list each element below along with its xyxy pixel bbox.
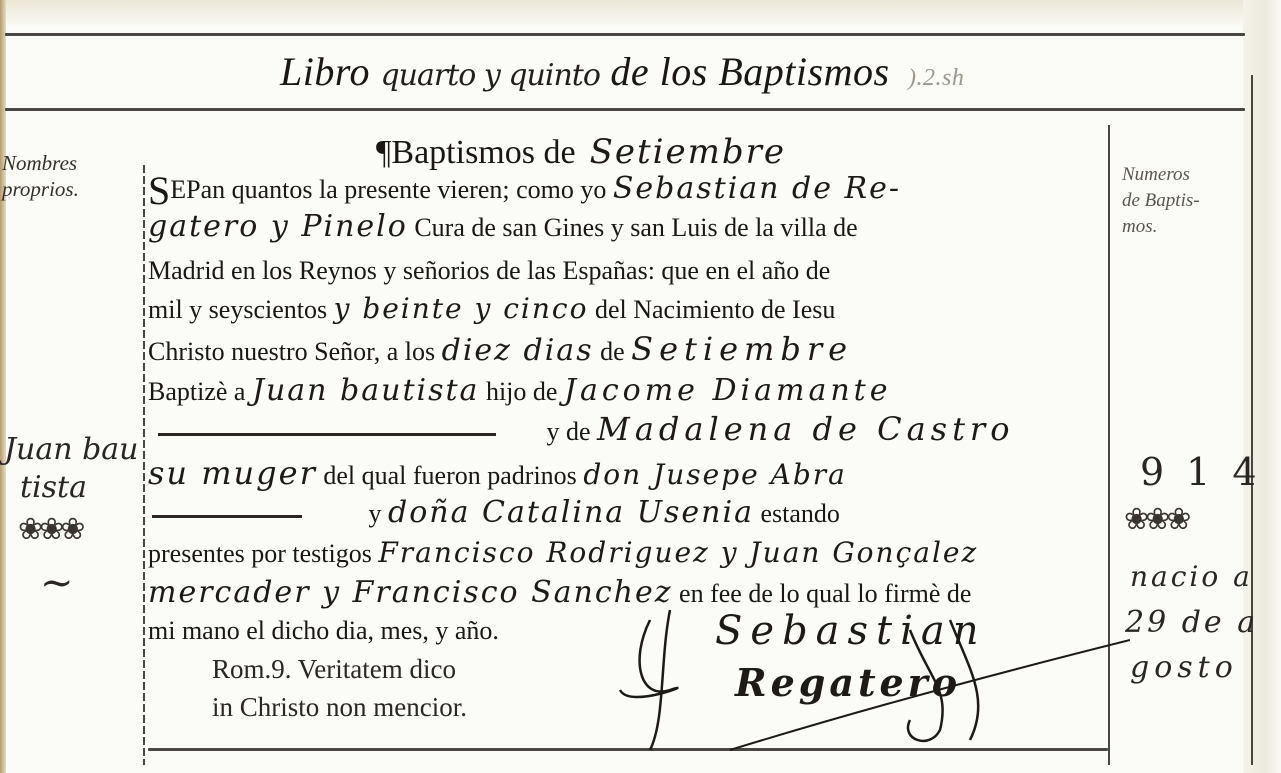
signature-flourish xyxy=(610,600,1130,760)
entry-line-3: Madrid en los Reynos y señorios de las E… xyxy=(148,254,830,288)
handwritten-text: Francisco Rodriguez y Juan Gonçalez xyxy=(378,536,978,569)
names-label-line1: Nombres xyxy=(2,150,127,176)
title-faint-mark: ).2.sh xyxy=(908,65,964,91)
printed-text: Cura de san Gines y san Luis de la villa… xyxy=(414,213,857,242)
numbers-label-line3: mos. xyxy=(1122,214,1242,240)
printed-text: del Nacimiento de Iesu xyxy=(595,295,835,324)
names-label-line2: proprios. xyxy=(2,176,127,202)
birth-note-line3: gosto xyxy=(1130,650,1238,685)
header-bottom-rule xyxy=(5,108,1245,111)
printed-text: Madrid en los Reynos y señorios de las E… xyxy=(148,256,830,285)
margin-mark: ~ xyxy=(40,560,74,606)
entry-line-10: presentes por testigos Francisco Rodrigu… xyxy=(148,536,978,571)
entry-line-6: Baptizè a Juan bautista hijo de Jacome D… xyxy=(148,374,891,409)
printed-text: Baptizè a xyxy=(148,377,245,406)
page-top-shadow xyxy=(0,0,1281,28)
page-right-edge xyxy=(1243,0,1281,773)
baptism-number: 914 xyxy=(1140,450,1279,494)
header-top-rule xyxy=(5,33,1245,36)
handwritten-text: doña Catalina Usenia xyxy=(388,495,754,530)
entry-line-9: y doña Catalina Usenia estando xyxy=(148,496,840,531)
right-page-border xyxy=(1251,75,1253,765)
handwritten-text: diez dias xyxy=(442,333,594,368)
handwritten-text: mercader y Francisco Sanchez xyxy=(148,575,673,610)
handwritten-text: gatero y Pinelo xyxy=(148,209,408,244)
blank-fill-line xyxy=(152,515,302,518)
entry-line-8: su muger del qual fueron padrinos don Ju… xyxy=(148,456,847,493)
handwritten-text: Sebastian de Re- xyxy=(613,171,901,206)
handwritten-text: Setiembre xyxy=(631,330,853,368)
page-binding-edge xyxy=(0,0,6,773)
margin-rosette-ornament: ❀❀❀ xyxy=(18,512,81,547)
title-printed-start: Libro xyxy=(280,49,370,94)
scripture-verse-line1: Rom.9. Veritatem dico xyxy=(212,652,456,686)
handwritten-text: Madalena de Castro xyxy=(597,410,1014,448)
drop-cap-s: S xyxy=(148,168,170,213)
book-title: Libro quarto y quinto de los Baptismos )… xyxy=(280,48,964,95)
printed-text: y de xyxy=(547,417,591,446)
printed-text: del qual fueron padrinos xyxy=(323,461,576,490)
left-margin-line xyxy=(143,165,145,765)
names-column-label: Nombres proprios. xyxy=(2,150,127,202)
entry-line-1: SEPan quantos la presente vieren; como y… xyxy=(148,172,901,207)
margin-child-name-line1: Juan bau xyxy=(4,432,139,467)
handwritten-text: don Jusepe Abra xyxy=(583,458,847,491)
printed-text: mil y seyscientos xyxy=(148,295,327,324)
handwritten-text: Jacome Diamante xyxy=(564,373,892,408)
entry-line-4: mil y seyscientos y beinte y cinco del N… xyxy=(148,292,835,327)
numbers-label-line1: Numeros xyxy=(1122,162,1242,188)
printed-text: EPan quantos la presente vieren; como yo xyxy=(170,175,606,204)
handwritten-text: su muger xyxy=(148,454,317,492)
printed-text: mi mano el dicho dia, mes, y año. xyxy=(148,616,499,645)
entry-line-5: Christo nuestro Señor, a los diez dias d… xyxy=(148,332,853,369)
heading-month-handwritten: Setiembre xyxy=(590,132,786,172)
printed-text: y xyxy=(369,499,382,528)
printed-text: estando xyxy=(760,499,839,528)
number-rosette-ornament: ❀❀❀ xyxy=(1124,502,1187,537)
handwritten-text: Juan bautista xyxy=(252,373,480,408)
birth-note-line2: 29 de a xyxy=(1125,605,1258,640)
printed-text: Christo nuestro Señor, a los xyxy=(148,337,435,366)
printed-text: de xyxy=(600,337,625,366)
margin-child-name-line2: tista xyxy=(20,470,87,505)
title-handwritten-insert: quarto y quinto xyxy=(380,58,599,93)
numbers-label-line2: de Baptis- xyxy=(1122,188,1242,214)
numbers-column-label: Numeros de Baptis- mos. xyxy=(1122,162,1242,240)
handwritten-text: y beinte y cinco xyxy=(334,292,589,325)
printed-text: hijo de xyxy=(486,377,558,406)
birth-note-line1: nacio a xyxy=(1130,560,1253,593)
entry-line-7: y de Madalena de Castro xyxy=(148,412,1014,449)
scripture-verse-line2: in Christo non mencior. xyxy=(212,690,467,724)
blank-fill-line xyxy=(158,433,496,436)
printed-text: presentes por testigos xyxy=(148,539,372,568)
section-heading: ¶Baptismos deSetiembre xyxy=(376,132,786,172)
entry-line-2: gatero y Pinelo Cura de san Gines y san … xyxy=(148,210,858,245)
heading-printed: ¶Baptismos de xyxy=(376,134,576,171)
title-printed-end: de los Baptismos xyxy=(610,49,889,94)
entry-line-12: mi mano el dicho dia, mes, y año. xyxy=(148,614,499,648)
